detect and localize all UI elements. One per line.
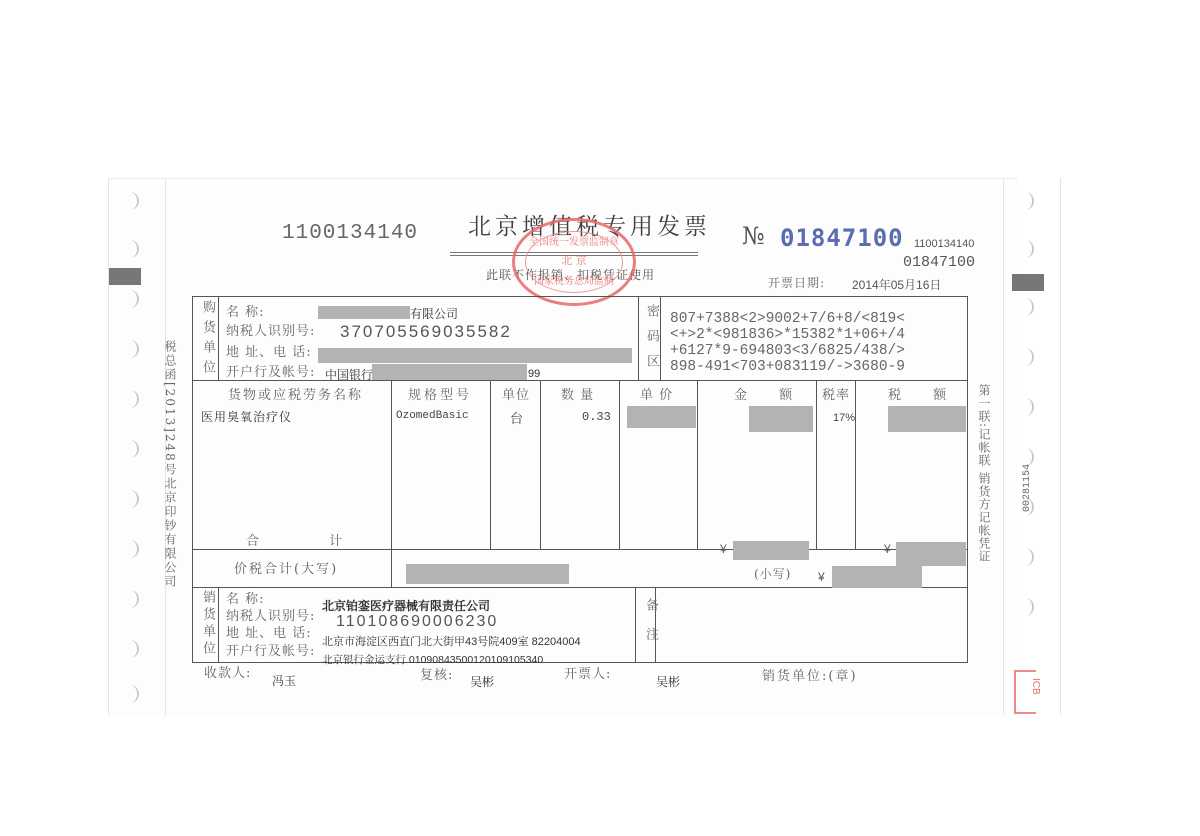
total-amount-redaction (733, 541, 809, 560)
seller-seal-label: 销货单位:(章) (762, 665, 858, 684)
header-unit: 单位 (502, 384, 530, 403)
buyer-bank-label: 开户行及帐号: (226, 361, 315, 380)
left-tractor-strip (108, 178, 166, 715)
table-top-border (192, 296, 968, 297)
payee-label: 收款人: (204, 662, 251, 681)
buyer-name-label: 名 称: (226, 301, 265, 320)
copy-designation: 第一联:记帐联 销货方记帐凭证 (976, 384, 993, 563)
total-with-tax-label: 价税合计(大写) (234, 558, 338, 577)
small-invoice-number: 01847100 (903, 254, 975, 271)
header-amount: 金 额 (734, 384, 806, 403)
buyer-section-label: 购货单位 (198, 300, 217, 380)
buyer-address-redaction (318, 348, 632, 363)
registration-marker-right (1012, 274, 1044, 291)
issuer-value: 吴彬 (656, 673, 680, 690)
header-tax: 税 额 (888, 384, 960, 403)
seller-name: 北京铂銮医疗器械有限责任公司 (322, 597, 490, 614)
tax-currency-symbol: ¥ (884, 542, 891, 556)
header-unit-price: 单 价 (640, 384, 673, 403)
cipher-line: <+>2*<981836>*15382*1+06+/4 (670, 327, 905, 343)
seller-bank-label: 开户行及帐号: (226, 640, 315, 659)
item-unit: 台 (510, 408, 523, 427)
buyer-address-label: 地 址、电 话: (226, 341, 312, 360)
buyer-bank-suffix: 99 (528, 368, 540, 380)
invoice-code: 1100134140 (282, 222, 418, 245)
right-tractor-strip (1003, 178, 1061, 715)
payee-value: 冯玉 (272, 672, 296, 689)
cipher-line: +6127*9-694803<3/6825/438/> (670, 343, 905, 359)
cipher-section-label: 密码区 (642, 304, 661, 379)
total-currency-symbol: ¥ (818, 570, 825, 584)
printer-note: 税总函[2013]248号北京印钞有限公司 (162, 340, 179, 589)
supervision-seal: 全国统一发票监制章 北 京 国家税务总局监制 (512, 218, 636, 306)
buyer-tax-id: 370705569035582 (340, 322, 512, 342)
reviewer-value: 吴彬 (470, 673, 494, 690)
item-tax-redaction (888, 406, 966, 432)
total-tax-redaction (896, 542, 966, 566)
cipher-area: 807+7388<2>9002+7/6+8/<819< <+>2*<981836… (670, 311, 905, 375)
header-tax-rate: 税率 (822, 384, 850, 403)
registration-marker-left (109, 268, 141, 285)
buyer-tax-id-label: 纳税人识别号: (226, 320, 315, 339)
invoice-number: 01847100 (780, 224, 904, 252)
amount-currency-symbol: ¥ (720, 542, 727, 556)
item-quantity: 0.33 (582, 410, 611, 424)
issuer-label: 开票人: (564, 663, 611, 682)
header-model: 规格型号 (408, 384, 472, 403)
buyer-name-redaction (318, 306, 410, 319)
seller-address-label: 地 址、电 话: (226, 622, 312, 641)
buyer-bank-prefix: 中国银行 (325, 366, 373, 383)
buyer-name-value: 有限公司 (410, 305, 458, 322)
item-unit-price-redaction (627, 406, 696, 428)
item-name: 医用臭氧治疗仪 (201, 408, 292, 425)
total-uppercase-redaction (406, 564, 569, 584)
stamp-text: ICB (1030, 678, 1041, 695)
header-item-name: 货物或应税劳务名称 (228, 384, 363, 403)
total-small-label: (小写) (754, 565, 791, 582)
buyer-bank-redaction (372, 364, 527, 380)
header-quantity: 数 量 (561, 384, 594, 403)
total-numeric-redaction (832, 566, 922, 588)
small-invoice-code: 1100134140 (914, 238, 974, 250)
side-serial: 00281154 (1022, 464, 1033, 512)
item-amount-redaction (749, 406, 813, 432)
seller-address: 北京市海淀区西直门北大街甲43号院409室 82204004 (322, 633, 581, 649)
cipher-line: 898-491<703+083119/->3680-9 (670, 359, 905, 375)
number-prefix: № (742, 222, 765, 250)
date-label: 开票日期: (768, 274, 825, 291)
total-label: 合 计 (246, 530, 343, 549)
reviewer-label: 复核: (420, 664, 453, 683)
item-tax-rate: 17% (833, 412, 855, 424)
invoice-date: 2014年05月16日 (852, 276, 941, 293)
remarks-label: 备注 (641, 598, 660, 656)
seller-section-label: 销货单位 (198, 590, 217, 658)
item-model: OzomedBasic (396, 410, 469, 422)
seller-tax-id: 110108690006230 (336, 613, 498, 631)
cipher-line: 807+7388<2>9002+7/6+8/<819< (670, 311, 905, 327)
